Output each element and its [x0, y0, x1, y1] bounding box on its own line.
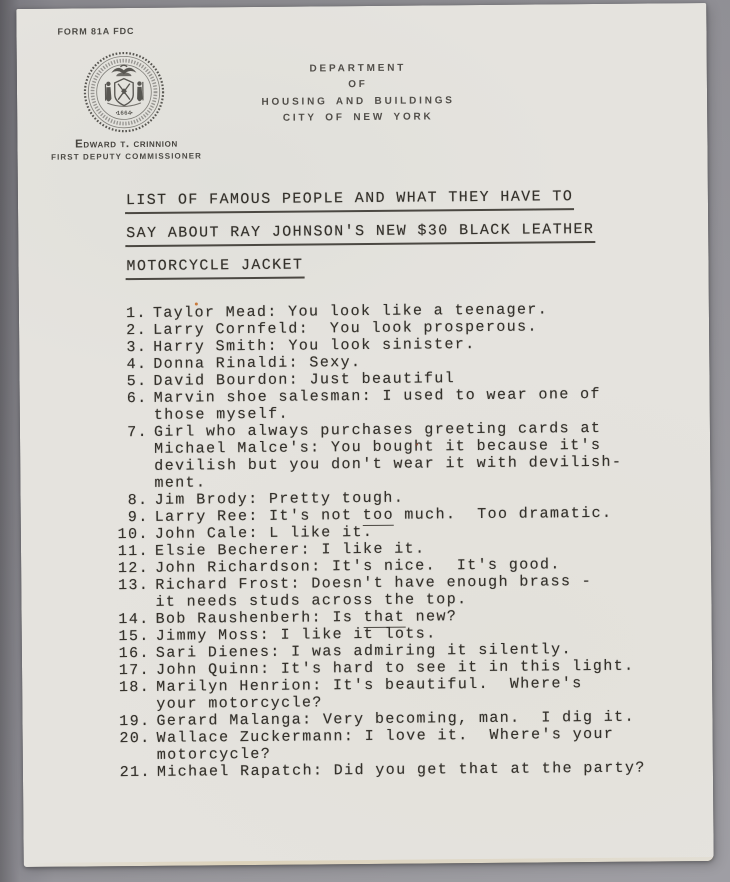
item-text: John Cale: L like it.: [155, 524, 374, 543]
item-line: Donna Rinaldi: Sexy.: [153, 354, 361, 373]
department-line: CITY OF NEW YORK: [255, 109, 461, 127]
list-item: 21.Michael Rapatch: Did you get that at …: [118, 760, 646, 782]
item-text: Michael Rapatch: Did you get that at the…: [157, 760, 646, 781]
item-number: 3.: [114, 339, 147, 356]
text-segment: Bob Raushenberh: Is: [156, 609, 364, 628]
item-text: Girl who always purchases greeting cards…: [154, 420, 623, 492]
item-text: Wallace Zuckermann: I love it. Where's y…: [157, 726, 615, 764]
department-block: DEPARTMENTOFHOUSING AND BUILDINGSCITY OF…: [255, 60, 462, 127]
official-name: Edward T. Crinnion: [19, 137, 233, 151]
list-item: 7.Girl who always purchases greeting car…: [115, 420, 643, 493]
text-segment: motorcycle?: [157, 746, 272, 764]
item-text: Harry Smith: You look sinister.: [153, 336, 476, 356]
letter-page: FORM 81A FDC: [16, 3, 713, 867]
title-line-text: MOTORCYCLE JACKET: [125, 257, 304, 280]
item-line: Larry Cornfeld: You look prosperous.: [153, 318, 538, 338]
item-line: Harry Smith: You look sinister.: [153, 336, 476, 356]
department-line: OF: [255, 77, 461, 95]
text-segment: ment.: [154, 474, 206, 491]
title-line: LIST OF FAMOUS PEOPLE AND WHAT THEY HAVE…: [125, 188, 595, 225]
title-line-text: SAY ABOUT RAY JOHNSON'S NEW $30 BLACK LE…: [125, 221, 595, 247]
text-segment: Michael Rapatch: Did you get that at the…: [157, 760, 646, 781]
document-title: LIST OF FAMOUS PEOPLE AND WHAT THEY HAVE…: [125, 188, 596, 291]
text-segment: Harry Smith: You look sinister.: [153, 336, 476, 356]
item-number: 13.: [116, 577, 149, 611]
text-segment: Larry Ree: It's not: [155, 507, 363, 526]
title-line-text: LIST OF FAMOUS PEOPLE AND WHAT THEY HAVE…: [125, 188, 574, 213]
title-line: SAY ABOUT RAY JOHNSON'S NEW $30 BLACK LE…: [125, 221, 595, 258]
text-segment: those myself.: [154, 406, 289, 424]
item-line: John Cale: L like it.: [155, 524, 374, 543]
list-item: 13.Richard Frost: Doesn't have enough br…: [116, 573, 644, 612]
list-item: 20.Wallace Zuckermann: I love it. Where'…: [118, 726, 646, 765]
item-number: 20.: [118, 730, 151, 764]
item-text: Larry Cornfeld: You look prosperous.: [153, 318, 538, 338]
item-number: 9.: [116, 509, 149, 526]
seal-year-label: 1664: [117, 111, 132, 117]
item-number: 7.: [115, 424, 149, 492]
list-item: 6.Marvin shoe salesman: I used to wear o…: [115, 386, 643, 425]
item-text: Marvin shoe salesman: I used to wear one…: [154, 386, 602, 424]
item-number: 21.: [118, 764, 151, 781]
item-number: 17.: [117, 662, 150, 679]
department-line: HOUSING AND BUILDINGS: [255, 93, 461, 111]
text-segment: much. Too dramatic.: [394, 505, 613, 524]
item-number: 1.: [114, 305, 147, 322]
item-number: 12.: [116, 560, 149, 577]
item-number: 5.: [114, 373, 147, 390]
nyc-city-seal-icon: 1664: [82, 50, 167, 135]
item-number: 15.: [117, 628, 150, 645]
scanned-document-background: FORM 81A FDC: [0, 0, 730, 882]
item-number: 8.: [115, 492, 148, 509]
item-number: 6.: [115, 390, 148, 424]
quotes-list: 1.Taylor Mead: You look like a teenager.…: [114, 301, 646, 782]
item-number: 11.: [116, 543, 149, 560]
item-number: 4.: [114, 356, 147, 373]
official-title: FIRST DEPUTY COMMISSIONER: [20, 151, 234, 162]
item-text: Richard Frost: Doesn't have enough brass…: [155, 573, 592, 611]
item-text: Marilyn Henrion: It's beautiful. Where's…: [156, 675, 583, 713]
text-segment: Larry Cornfeld: You look prosperous.: [153, 318, 538, 338]
item-line: Michael Rapatch: Did you get that at the…: [157, 760, 646, 781]
item-number: 18.: [117, 679, 150, 713]
item-number: 19.: [117, 713, 150, 730]
list-item: 18.Marilyn Henrion: It's beautiful. Wher…: [117, 675, 645, 714]
item-line: Jim Brody: Pretty tough.: [154, 490, 404, 509]
item-text: Jim Brody: Pretty tough.: [154, 490, 404, 509]
text-segment: John Cale: L like it.: [155, 524, 374, 543]
department-line: DEPARTMENT: [255, 60, 461, 78]
form-number-label: FORM 81A FDC: [57, 26, 134, 37]
item-number: 2.: [114, 322, 147, 339]
text-segment: Donna Rinaldi: Sexy.: [153, 354, 361, 373]
item-number: 14.: [117, 611, 150, 628]
text-segment: new?: [405, 608, 457, 625]
title-line: MOTORCYCLE JACKET: [125, 254, 595, 291]
ink-speck: [195, 302, 198, 305]
text-segment: your motorcycle?: [156, 694, 323, 712]
item-number: 10.: [116, 526, 149, 543]
text-segment: Jim Brody: Pretty tough.: [154, 490, 404, 509]
item-number: 16.: [117, 645, 150, 662]
item-text: Donna Rinaldi: Sexy.: [153, 354, 361, 373]
ink-speck: [416, 444, 418, 446]
